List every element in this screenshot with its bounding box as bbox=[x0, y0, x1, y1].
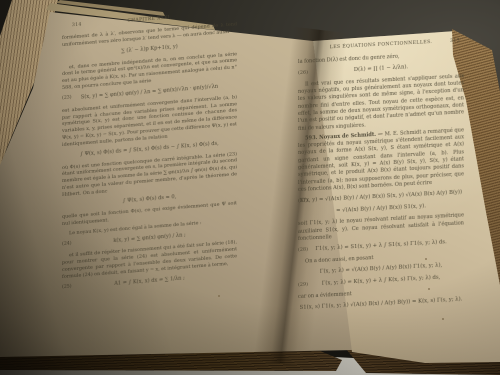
foxing-spot bbox=[218, 295, 220, 297]
equation-number: (24) bbox=[62, 241, 72, 248]
equation-number: (23) bbox=[62, 96, 72, 103]
right-page-text-block: LES ÉQUATIONS FONCTIONNELLES. 315 la fon… bbox=[298, 38, 464, 316]
formula-text: ∫ Ψ(x, s) Φ(s) ds = 0, bbox=[123, 194, 177, 204]
formula-text: Γ(x, y; λ) = √(A(x) B(y) / A(y) B(x)) Γ1… bbox=[320, 263, 442, 275]
page-number: 315 bbox=[450, 39, 460, 46]
foxing-spot bbox=[442, 318, 444, 320]
section-heading-paragraph: 593. Noyaux de Schmidt. — M. E. Schmidt … bbox=[298, 127, 464, 194]
formula-text: Γ(x, y; λ) = K(x, y) + λ ∫ K(x, s) Γ(s, … bbox=[322, 275, 441, 287]
formula-text: k(x, y) = ∑ φn(x) φn(y) / λn ; bbox=[113, 232, 185, 244]
formula-text: A1 = ∫ K(x, x) dx = ∑ 1/λn ; bbox=[114, 275, 185, 287]
photo-open-book: 314 CHAPITRE XXXI. formément de λ à λ′, … bbox=[0, 0, 500, 375]
foxing-spot bbox=[425, 258, 427, 260]
formula-text: Γ1(x, y; λ) = S1(x, y) + λ ∫ S1(x, s) Γ1… bbox=[315, 240, 446, 253]
equation-number: (25) bbox=[62, 284, 72, 291]
equation-number: (29) bbox=[298, 282, 308, 290]
body-paragraph: Il est vrai que ces résultats semblent s… bbox=[298, 73, 464, 133]
equation-number: (26) bbox=[298, 70, 308, 78]
equation-number: (27) bbox=[298, 198, 308, 206]
left-page-text-block: 314 CHAPITRE XXXI. formément de λ à λ′, … bbox=[62, 10, 237, 296]
page-number: 314 bbox=[72, 22, 82, 29]
formula-text: ∑ (λ′ − λ)p Kp+1(x, y) bbox=[121, 44, 178, 54]
formula-text: = √(A(x) B(y) / A(y) B(x)) S1(x, y). bbox=[336, 203, 426, 214]
equation-number: (28) bbox=[298, 247, 308, 255]
formula-text: D(λ) = ∏ (1 − λ/λn). bbox=[354, 64, 408, 73]
foxing-spot bbox=[428, 288, 430, 290]
